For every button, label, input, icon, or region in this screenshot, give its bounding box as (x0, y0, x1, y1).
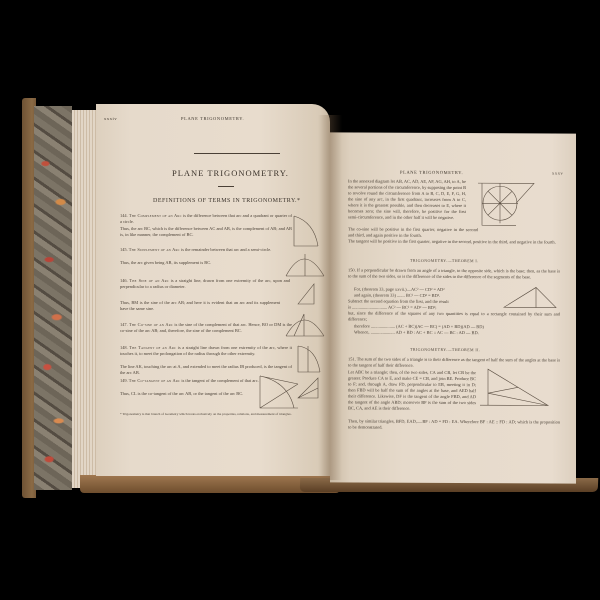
theorem1-statement: 150. If a perpendicular be drawn from an… (348, 267, 560, 280)
marbled-cover (34, 106, 72, 490)
page-number: xxxv (552, 171, 563, 176)
right-page: PLANE TRIGONOMETRY. xxxv In the annexed … (330, 132, 576, 483)
para-146-example: Thus, BM is the sine of the arc AB; and … (120, 300, 280, 312)
para-145: 145. The Supplement of an Arc is the rem… (120, 247, 280, 253)
theorem2-conclusion: Then, by similar triangles, BFD, EAD,...… (348, 418, 560, 431)
para-149-example: Thus, CL is the co-tangent of the arc AB… (120, 391, 270, 397)
cosine-paragraph: The co-sine will be positive in the firs… (348, 226, 478, 239)
cotangent-diagram (258, 374, 302, 414)
para-144-example: Thus, the arc BC, which is the differenc… (120, 226, 292, 238)
para-145-example: Thus, the arc given being AB, its supple… (120, 260, 280, 266)
page-title: PLANE TRIGONOMETRY. (172, 168, 289, 178)
intro-paragraph: In the annexed diagram let AB, AC, AD, A… (348, 178, 466, 221)
gutter-shadow (318, 115, 342, 480)
left-page: xxxiv PLANE TRIGONOMETRY. PLANE TRIGONOM… (96, 104, 330, 476)
para-146: 146. The Sine of an Arc is a straight li… (120, 278, 290, 290)
running-head: PLANE TRIGONOMETRY. (181, 116, 244, 121)
title-rule (194, 153, 280, 154)
section-title: DEFINITIONS OF TERMS IN TRIGONOMETRY.* (153, 198, 301, 204)
ornament-rule (218, 186, 234, 187)
tangent-paragraph: The tangent will be positive in the firs… (348, 238, 560, 245)
book-photo: xxxiv PLANE TRIGONOMETRY. PLANE TRIGONOM… (0, 0, 600, 600)
para-148: 148. The Tangent of an Arc is a straight… (120, 345, 292, 357)
triangle-diagram-2 (478, 367, 550, 409)
page-number: xxxiv (104, 116, 117, 121)
para-144: 144. The Complement of an Arc is the dif… (120, 213, 292, 225)
theorem2-proof: Let ABC be a triangle; then, of the two … (348, 369, 476, 412)
para-147: 147. The Co-sine of an Arc is the sine o… (120, 322, 292, 334)
theorem1-heading: TRIGONOMETRY.—THEOREM I. (410, 258, 479, 264)
theorem1-line: Whence, ...................... AD + BD :… (354, 329, 564, 336)
para-149: 149. The Co-tangent of an Arc is the tan… (120, 378, 270, 384)
theorem1-line: but, since the difference of the squares… (348, 310, 560, 323)
circle-quadrant-diagram (476, 177, 536, 229)
theorem2-heading: TRIGONOMETRY.—THEOREM II. (410, 347, 480, 353)
running-head: PLANE TRIGONOMETRY. (400, 170, 463, 175)
triangle-diagram-1 (502, 285, 558, 309)
page-block-edges (72, 110, 98, 488)
